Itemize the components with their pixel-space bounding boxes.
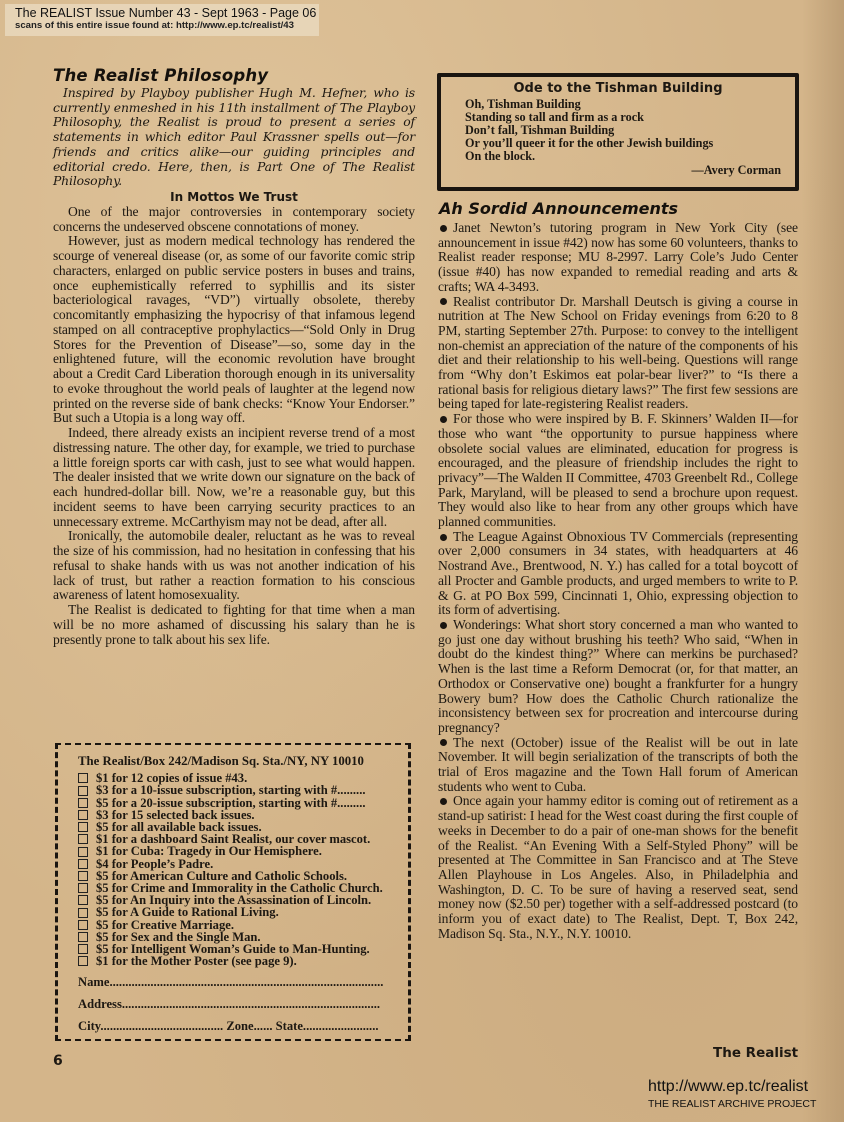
bullet-icon — [440, 798, 447, 805]
checkbox-icon[interactable] — [78, 920, 88, 930]
checkbox-icon[interactable] — [78, 883, 88, 893]
ode-author: —Avery Corman — [465, 163, 785, 177]
issue-title: The REALIST Issue Number 43 - Sept 1963 … — [15, 6, 319, 20]
announcements-title: Ah Sordid Announcements — [439, 199, 678, 219]
order-item-label: $3 for a 10-issue subscription, starting… — [96, 784, 366, 796]
announcement-text: Wonderings: What short story concerned a… — [438, 617, 798, 735]
announcement-item: For those who were inspired by B. F. Ski… — [438, 412, 798, 530]
announcement-item: Janet Newton’s tutoring program in New Y… — [438, 221, 798, 295]
order-item[interactable]: $1 for Cuba: Tragedy in Our Hemisphere. — [78, 845, 396, 857]
order-item[interactable]: $3 for a 10-issue subscription, starting… — [78, 784, 396, 796]
order-item[interactable]: $5 for A Guide to Rational Living. — [78, 906, 396, 918]
checkbox-icon[interactable] — [78, 847, 88, 857]
order-item[interactable]: $5 for Creative Marriage. — [78, 919, 396, 931]
checkbox-icon[interactable] — [78, 908, 88, 918]
announcement-text: The next (October) issue of the Realist … — [438, 735, 798, 794]
announcement-text: Janet Newton’s tutoring program in New Y… — [438, 220, 798, 294]
bullet-icon — [440, 225, 447, 232]
checkbox-icon[interactable] — [78, 786, 88, 796]
announcement-item: Wonderings: What short story concerned a… — [438, 618, 798, 736]
announcement-text: For those who were inspired by B. F. Ski… — [438, 411, 798, 529]
order-item[interactable]: $4 for People’s Padre. — [78, 858, 396, 870]
ode-title: Ode to the Tishman Building — [465, 81, 785, 97]
article-paragraph: One of the major controversies in contem… — [53, 205, 415, 235]
bullet-icon — [440, 534, 447, 541]
order-item[interactable]: $1 for the Mother Poster (see page 9). — [78, 955, 396, 967]
name-field[interactable]: Name....................................… — [78, 973, 396, 991]
philosophy-intro: Inspired by Playboy publisher Hugh M. He… — [53, 86, 415, 189]
order-item-label: $5 for Creative Marriage. — [96, 919, 234, 931]
address-field[interactable]: Address.................................… — [78, 995, 396, 1013]
city-zone-state-field[interactable]: City....................................… — [78, 1017, 396, 1035]
article-paragraph: The Realist is dedicated to fighting for… — [53, 603, 415, 647]
announcement-item: The next (October) issue of the Realist … — [438, 736, 798, 795]
scan-source-note: scans of this entire issue found at: htt… — [15, 20, 319, 32]
order-item-label: $5 for A Guide to Rational Living. — [96, 906, 279, 918]
archive-project-name: THE REALIST ARCHIVE PROJECT — [648, 1098, 816, 1110]
checkbox-icon[interactable] — [78, 834, 88, 844]
philosophy-subhead: In Mottos We Trust — [53, 190, 415, 205]
checkbox-icon[interactable] — [78, 932, 88, 942]
announcement-text: Once again your hammy editor is coming o… — [438, 793, 798, 940]
announcement-item: Once again your hammy editor is coming o… — [438, 794, 798, 941]
order-form-address: The Realist/Box 242/Madison Sq. Sta./NY,… — [78, 755, 396, 767]
philosophy-title: The Realist Philosophy — [53, 66, 415, 86]
bullet-icon — [440, 416, 447, 423]
archive-url-link[interactable]: http://www.ep.tc/realist — [648, 1078, 808, 1096]
announcements-list: Janet Newton’s tutoring program in New Y… — [438, 221, 798, 941]
scan-header-banner: The REALIST Issue Number 43 - Sept 1963 … — [5, 4, 319, 36]
footer-brand: The Realist — [713, 1045, 798, 1061]
checkbox-icon[interactable] — [78, 798, 88, 808]
article-paragraph: Ironically, the automobile dealer, reluc… — [53, 529, 415, 603]
announcement-text: Realist contributor Dr. Marshall Deutsch… — [438, 294, 798, 412]
bullet-icon — [440, 298, 447, 305]
bullet-icon — [440, 739, 447, 746]
order-item-label: $1 for Cuba: Tragedy in Our Hemisphere. — [96, 845, 322, 857]
checkbox-icon[interactable] — [78, 956, 88, 966]
announcement-item: Realist contributor Dr. Marshall Deutsch… — [438, 295, 798, 413]
checkbox-icon[interactable] — [78, 822, 88, 832]
checkbox-icon[interactable] — [78, 810, 88, 820]
announcement-text: The League Against Obnoxious TV Commerci… — [438, 529, 798, 618]
order-form-coupon: The Realist/Box 242/Madison Sq. Sta./NY,… — [55, 743, 411, 1041]
order-item-label: $1 for the Mother Poster (see page 9). — [96, 955, 297, 967]
article-paragraph: However, just as modern medical technolo… — [53, 234, 415, 426]
checkbox-icon[interactable] — [78, 773, 88, 783]
article-paragraph: Indeed, there already exists an incipien… — [53, 426, 415, 529]
order-item[interactable]: $5 for a 20-issue subscription, starting… — [78, 797, 396, 809]
ode-poem-box: Ode to the Tishman Building Oh, Tishman … — [437, 73, 799, 191]
philosophy-article: The Realist Philosophy Inspired by Playb… — [53, 66, 415, 647]
order-item-label: $4 for People’s Padre. — [96, 858, 213, 870]
bullet-icon — [440, 622, 447, 629]
checkbox-icon[interactable] — [78, 944, 88, 954]
order-item-label: $5 for a 20-issue subscription, starting… — [96, 797, 366, 809]
checkbox-icon[interactable] — [78, 871, 88, 881]
checkbox-icon[interactable] — [78, 859, 88, 869]
ode-line: On the block. — [465, 150, 785, 163]
page-number: 6 — [53, 1053, 63, 1069]
announcement-item: The League Against Obnoxious TV Commerci… — [438, 530, 798, 618]
checkbox-icon[interactable] — [78, 895, 88, 905]
